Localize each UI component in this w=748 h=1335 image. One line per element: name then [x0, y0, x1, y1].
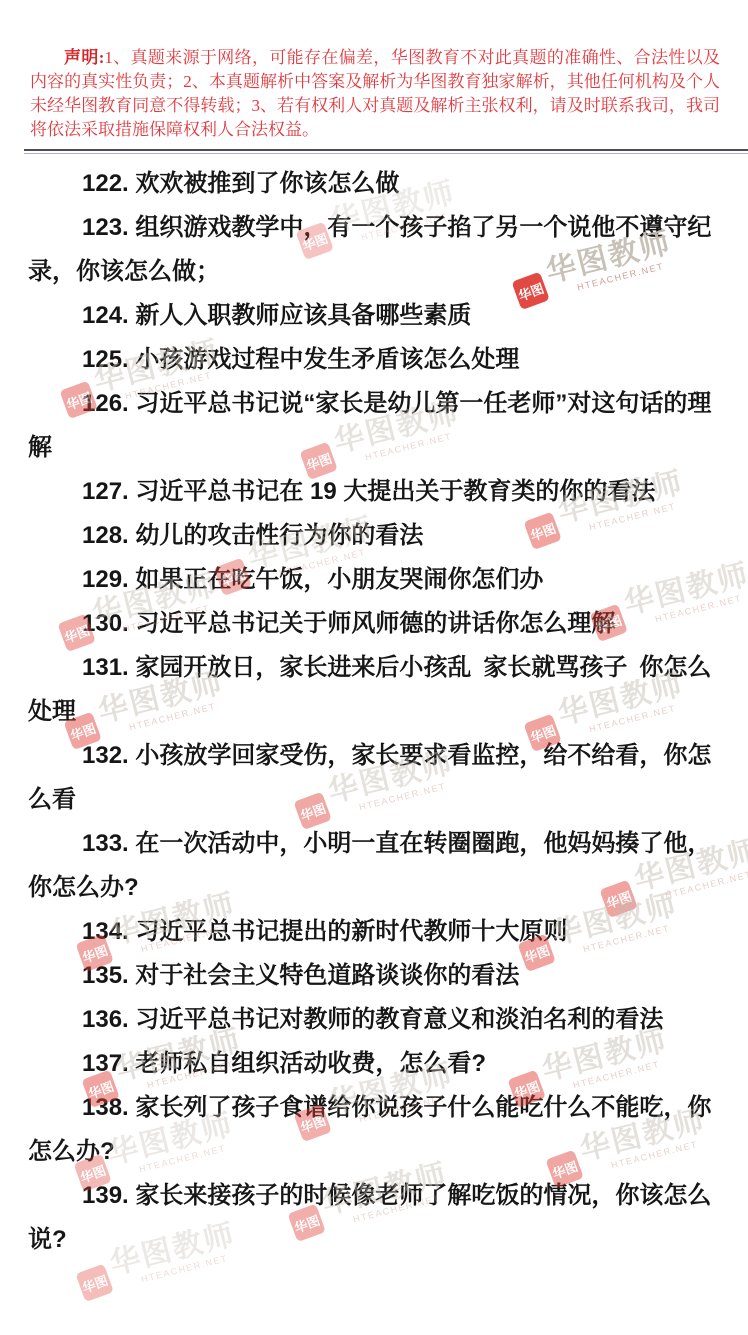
question-item: 139. 家长来接孩子的时候像老师了解吃饭的情况，你该怎么说?: [28, 1174, 724, 1262]
question-number: 129.: [82, 566, 129, 593]
exam-question-page: { "page": { "background": "#ffffff", "te…: [0, 0, 748, 1335]
question-number: 134.: [82, 918, 129, 945]
question-item: 137. 老师私自组织活动收费，怎么看?: [28, 1042, 724, 1086]
question-text: 习近平总书记说“家长是幼儿第一任老师”对这句话的理解: [28, 390, 711, 461]
question-number: 138.: [82, 1094, 129, 1121]
question-number: 123.: [82, 214, 129, 241]
question-text: 习近平总书记对教师的教育意义和淡泊名利的看法: [135, 1006, 663, 1033]
divider-line: [24, 149, 748, 154]
question-text: 习近平总书记提出的新时代教师十大原则: [135, 918, 567, 945]
question-number: 122.: [82, 170, 129, 197]
huatu-logo-icon: 华图: [75, 1264, 113, 1302]
question-number: 127.: [82, 478, 129, 505]
question-text: 欢欢被推到了你该怎么做: [135, 170, 399, 197]
question-text: 对于社会主义特色道路谈谈你的看法: [135, 962, 519, 989]
question-number: 126.: [82, 390, 129, 417]
question-item: 131. 家园开放日，家长进来后小孩乱 家长就骂孩子 你怎么处理: [28, 646, 724, 734]
question-number: 125.: [82, 346, 129, 373]
question-item: 133. 在一次活动中，小明一直在转圈圈跑，他妈妈揍了他，你怎么办?: [28, 822, 724, 910]
question-item: 128. 幼儿的攻击性行为你的看法: [28, 514, 724, 558]
question-text: 如果正在吃午饭，小朋友哭闹你怎们办: [135, 566, 543, 593]
question-number: 132.: [82, 742, 129, 769]
question-text: 老师私自组织活动收费，怎么看?: [135, 1050, 486, 1077]
question-text: 家园开放日，家长进来后小孩乱 家长就骂孩子 你怎么处理: [28, 654, 711, 725]
question-number: 133.: [82, 830, 129, 857]
question-item: 124. 新人入职教师应该具备哪些素质: [28, 294, 724, 338]
question-text: 小孩游戏过程中发生矛盾该怎么处理: [135, 346, 519, 373]
question-text: 家长来接孩子的时候像老师了解吃饭的情况，你该怎么说?: [28, 1182, 711, 1253]
question-item: 130. 习近平总书记关于师风师德的讲话你怎么理解: [28, 602, 724, 646]
question-item: 122. 欢欢被推到了你该怎么做: [28, 162, 724, 206]
question-item: 129. 如果正在吃午饭，小朋友哭闹你怎们办: [28, 558, 724, 602]
question-number: 130.: [82, 610, 129, 637]
question-item: 136. 习近平总书记对教师的教育意义和淡泊名利的看法: [28, 998, 724, 1042]
questions-list: 122. 欢欢被推到了你该怎么做123. 组织游戏教学中，有一个孩子掐了另一个说…: [0, 162, 748, 1262]
question-text: 幼儿的攻击性行为你的看法: [135, 522, 423, 549]
question-number: 124.: [82, 302, 129, 329]
question-text: 习近平总书记在 19 大提出关于教育类的你的看法: [135, 478, 655, 505]
question-text: 在一次活动中，小明一直在转圈圈跑，他妈妈揍了他，你怎么办?: [28, 830, 711, 901]
question-item: 126. 习近平总书记说“家长是幼儿第一任老师”对这句话的理解: [28, 382, 724, 470]
question-number: 137.: [82, 1050, 129, 1077]
question-text: 小孩放学回家受伤，家长要求看监控，给不给看，你怎么看: [28, 742, 711, 813]
question-number: 131.: [82, 654, 129, 681]
question-item: 135. 对于社会主义特色道路谈谈你的看法: [28, 954, 724, 998]
question-number: 128.: [82, 522, 129, 549]
question-number: 139.: [82, 1182, 129, 1209]
question-number: 136.: [82, 1006, 129, 1033]
question-item: 132. 小孩放学回家受伤，家长要求看监控，给不给看，你怎么看: [28, 734, 724, 822]
question-text: 家长列了孩子食谱给你说孩子什么能吃什么不能吃，你怎么办?: [28, 1094, 711, 1165]
question-text: 组织游戏教学中，有一个孩子掐了另一个说他不遵守纪录，你该怎么做；: [28, 214, 711, 285]
disclaimer-text: 1、真题来源于网络，可能存在偏差，华图教育不对此真题的准确性、合法性以及内容的真…: [30, 48, 720, 139]
question-text: 新人入职教师应该具备哪些素质: [135, 302, 471, 329]
question-item: 138. 家长列了孩子食谱给你说孩子什么能吃什么不能吃，你怎么办?: [28, 1086, 724, 1174]
question-item: 127. 习近平总书记在 19 大提出关于教育类的你的看法: [28, 470, 724, 514]
question-item: 134. 习近平总书记提出的新时代教师十大原则: [28, 910, 724, 954]
question-item: 125. 小孩游戏过程中发生矛盾该怎么处理: [28, 338, 724, 382]
question-number: 135.: [82, 962, 129, 989]
disclaimer-label: 声明:: [64, 48, 104, 67]
question-text: 习近平总书记关于师风师德的讲话你怎么理解: [135, 610, 615, 637]
disclaimer-notice: 声明:1、真题来源于网络，可能存在偏差，华图教育不对此真题的准确性、合法性以及内…: [30, 46, 720, 142]
question-item: 123. 组织游戏教学中，有一个孩子掐了另一个说他不遵守纪录，你该怎么做；: [28, 206, 724, 294]
